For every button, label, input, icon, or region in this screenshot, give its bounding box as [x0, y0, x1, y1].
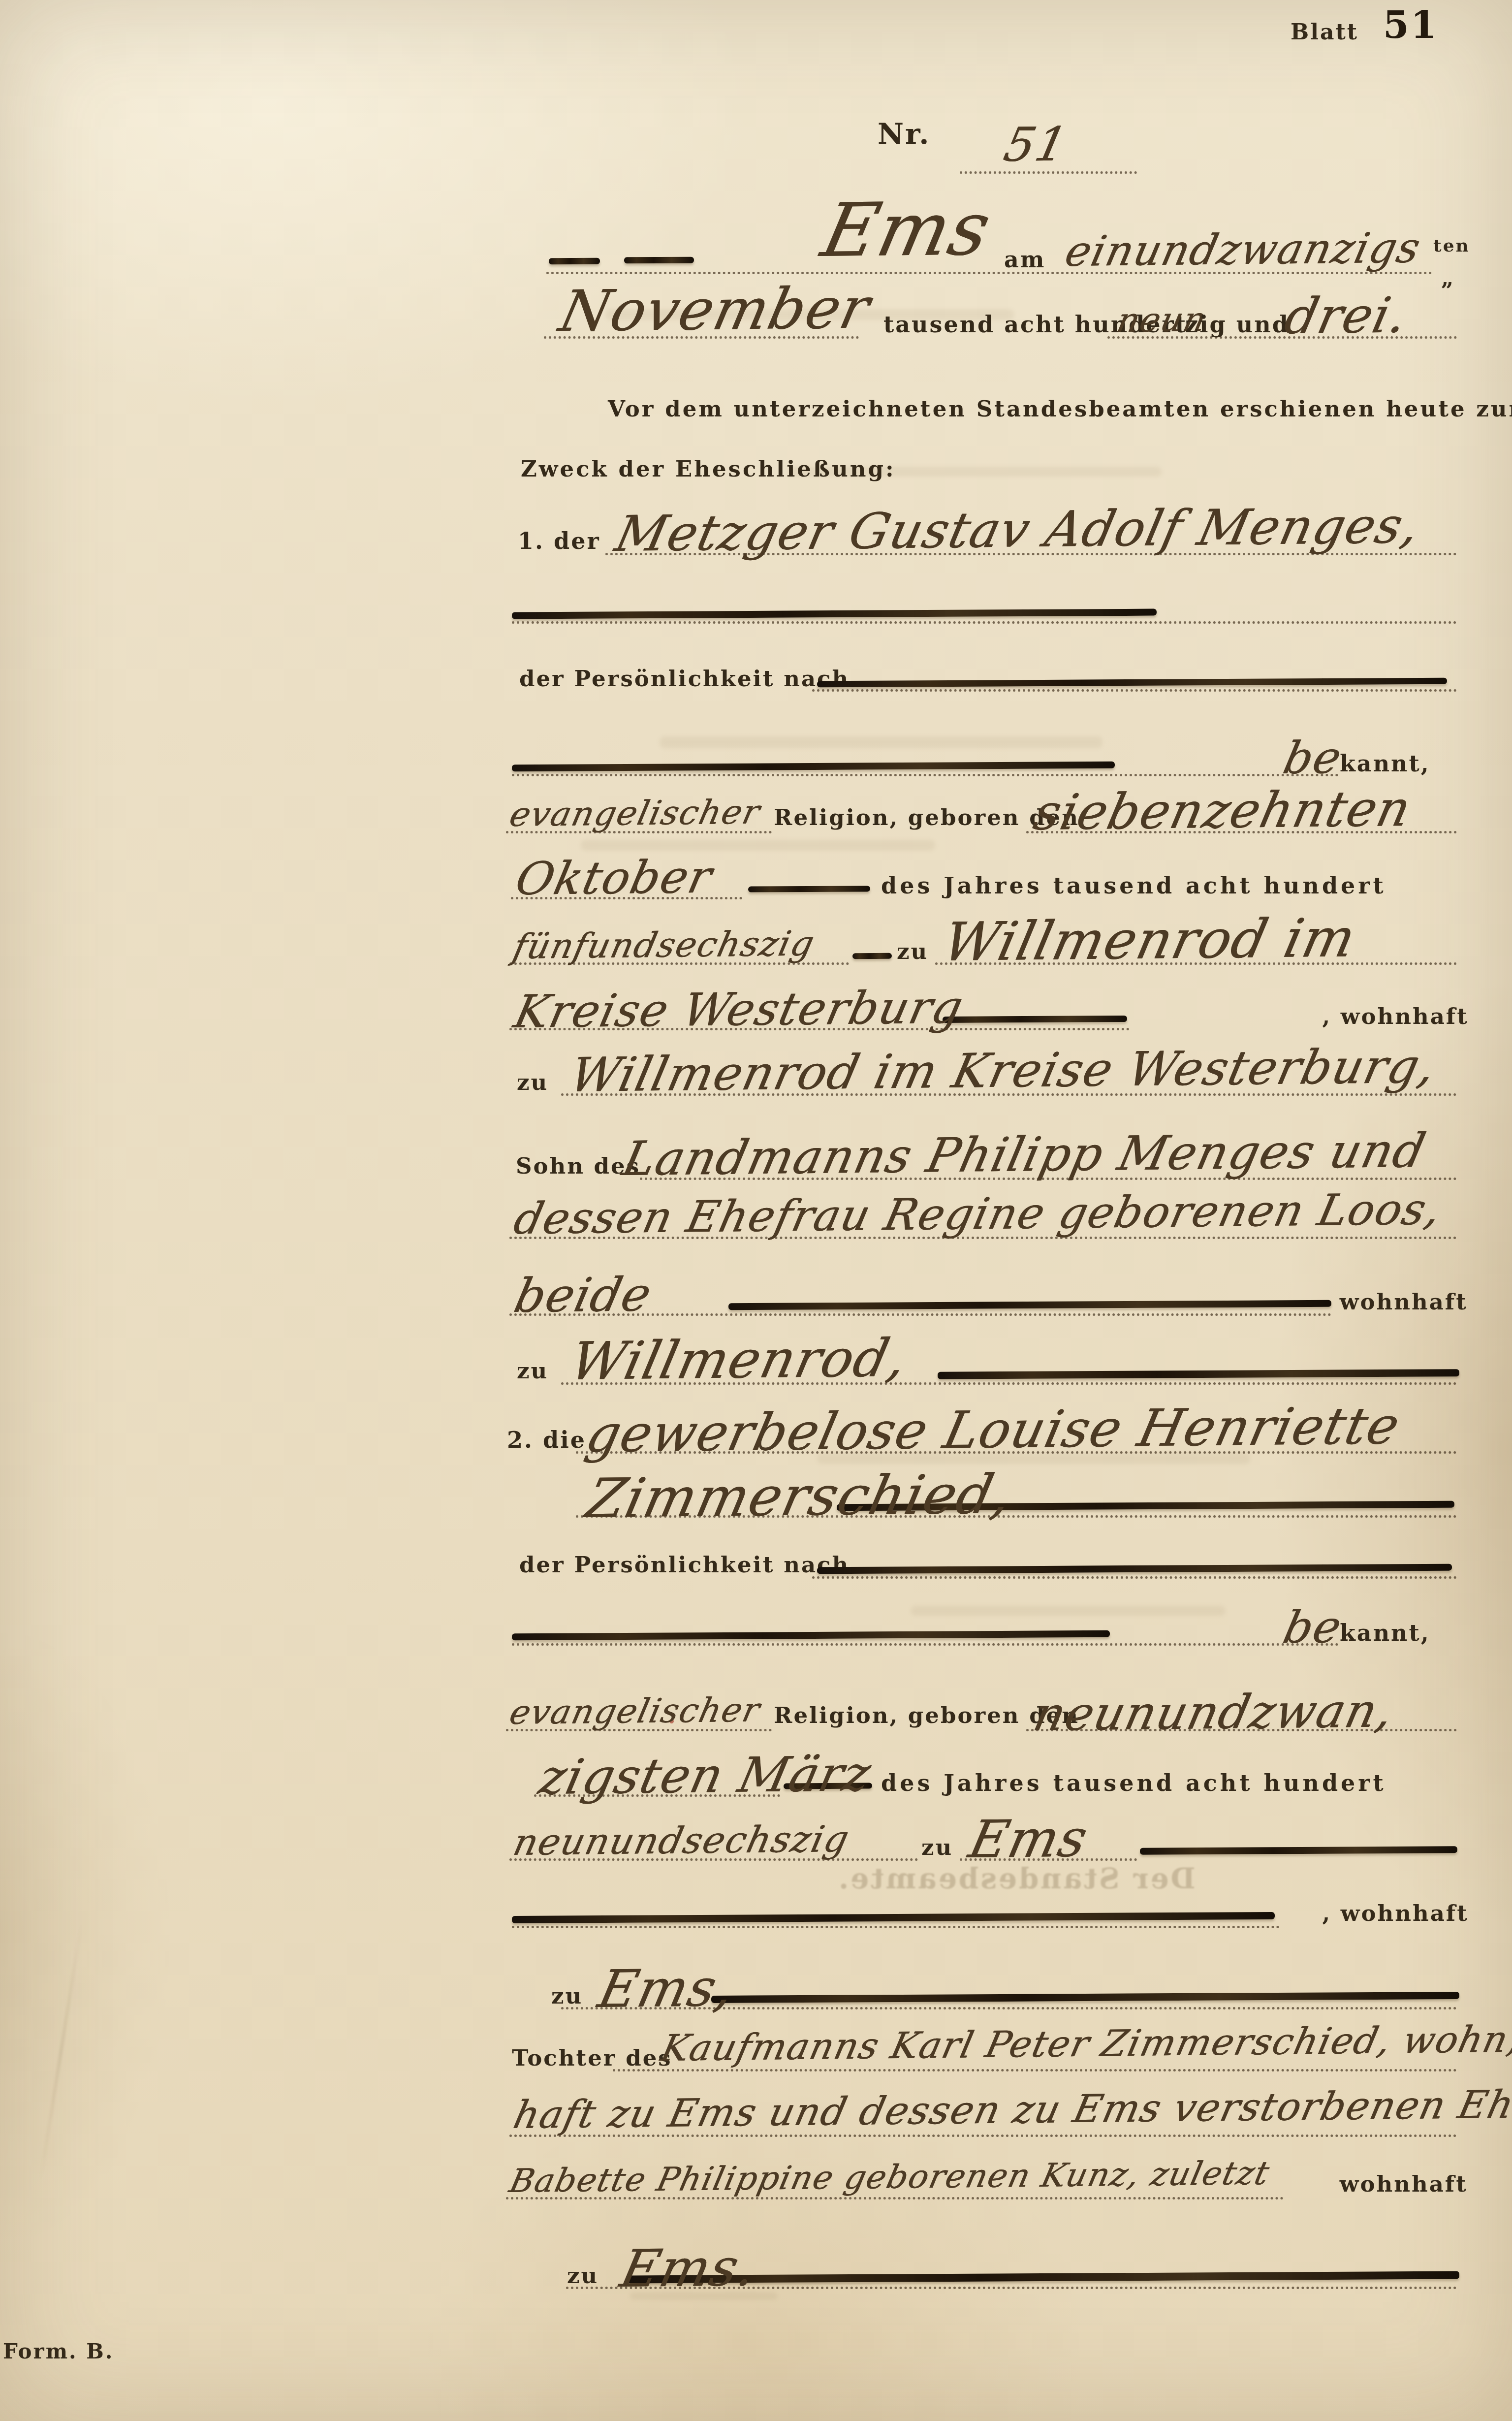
record-number-label: Nr. — [878, 117, 930, 151]
ink-strikethrough — [817, 1564, 1452, 1574]
dotted-rule — [512, 1926, 1280, 1928]
ink-strikethrough — [852, 953, 892, 959]
bride-birth-place-handwritten: Ems — [964, 1809, 1094, 1870]
bleedthrough-smudge — [581, 840, 935, 851]
registration-place-handwritten: Ems — [815, 187, 999, 274]
blatt-label: Blatt — [1291, 20, 1358, 45]
scanned-marriage-register-page: Der Standesbeamte. Blatt 51 Nr. 51 Ems a… — [0, 0, 1512, 2421]
bride-name-handwritten: gewerbelose Louise Henriette — [581, 1396, 1406, 1464]
groom-identity-label: der Persönlichkeit nach — [519, 666, 850, 692]
groom-item-label: 1. der — [518, 528, 600, 554]
ink-strikethrough — [711, 1992, 1459, 2003]
ditto-mark: „ — [1441, 266, 1455, 291]
groom-residence-zu-label: zu — [517, 1069, 548, 1095]
dotted-rule — [812, 1576, 1457, 1579]
form-designation-label: Form. B. — [3, 2339, 114, 2363]
registration-day-handwritten: einundzwanzigs — [1061, 223, 1425, 276]
bleedthrough-smudge — [911, 1606, 1226, 1616]
dotted-rule — [512, 621, 1457, 624]
bride-wohnhaft-label: , wohnhaft — [1322, 1900, 1469, 1926]
ink-strikethrough — [1140, 1846, 1457, 1854]
ink-strikethrough — [748, 886, 870, 892]
dotted-rule — [812, 689, 1457, 692]
ink-strikethrough — [624, 257, 694, 264]
groom-residence-handwritten: Willmenrod im Kreise Westerburg, — [565, 1039, 1442, 1103]
bride-birth-day-cont-handwritten: zigsten März — [534, 1746, 877, 1806]
groom-father-handwritten: Landmanns Philipp Menges und — [618, 1123, 1431, 1186]
bride-daughter-label: Tochter des — [512, 2045, 672, 2071]
dotted-rule — [512, 774, 1339, 776]
dotted-rule — [613, 2069, 1457, 2071]
bride-birth-year-handwritten: neunundsechszig — [509, 1818, 853, 1864]
groom-birth-year-handwritten: fünfundsechszig — [509, 924, 819, 967]
dotted-rule — [960, 171, 1137, 174]
record-number-value: 51 — [999, 118, 1072, 172]
groom-birth-place-cont-handwritten: Kreise Westerburg — [509, 981, 968, 1038]
bride-item-label: 2. die — [507, 1427, 586, 1453]
groom-year-label: des Jahres tausend acht hundert — [881, 872, 1386, 899]
bride-name-cont-handwritten: Zimmerschied, — [581, 1463, 1018, 1530]
bride-identity-handwritten: be — [1279, 1601, 1347, 1654]
groom-zu-label: zu — [897, 938, 928, 964]
groom-mother-handwritten: dessen Ehefrau Regine geborenen Loos, — [509, 1183, 1447, 1244]
groom-religion-handwritten: evangelischer — [506, 793, 764, 834]
intro-line-1: Vor dem unterzeichneten Standesbeamten e… — [608, 396, 1512, 422]
dotted-rule — [512, 1643, 1339, 1646]
groom-parents-both-handwritten: beide — [509, 1268, 657, 1323]
groom-birth-place-handwritten: Willmenrod im — [938, 907, 1361, 973]
ink-strikethrough — [549, 258, 600, 265]
ink-strikethrough — [728, 1300, 1331, 1310]
ink-strikethrough — [817, 678, 1447, 688]
bride-final-residence-handwritten: Ems. — [615, 2237, 762, 2299]
bride-mother-handwritten: Babette Philippine geborenen Kunz, zulet… — [506, 2154, 1273, 2200]
bride-wohnhaft2-label: wohnhaft — [1340, 2171, 1468, 2197]
bride-birth-day-handwritten: neunundzwan, — [1029, 1684, 1399, 1742]
bride-final-zu-label: zu — [567, 2262, 598, 2289]
bride-zu-label: zu — [921, 1834, 953, 1860]
ink-strikethrough — [512, 1630, 1110, 1640]
bleedthrough-smudge — [660, 736, 1102, 748]
groom-wohnhaft-label: , wohnhaft — [1322, 1003, 1469, 1029]
bride-father-handwritten: Kaufmanns Karl Peter Zimmerschied, wohn„ — [657, 2018, 1512, 2070]
year-unit-handwritten: drei. — [1280, 286, 1413, 345]
groom-parents-zu-label: zu — [517, 1358, 548, 1384]
groom-birth-month-handwritten: Oktober — [511, 851, 717, 905]
bride-known-label: kannt, — [1340, 1620, 1430, 1646]
dotted-rule — [605, 553, 1457, 555]
groom-known-label: kannt, — [1340, 750, 1430, 777]
bride-identity-label: der Persönlichkeit nach — [519, 1552, 850, 1578]
groom-parents-residence-handwritten: Willmenrod, — [565, 1328, 913, 1392]
paper-crease — [38, 1921, 83, 2184]
ink-strikethrough — [938, 1369, 1459, 1379]
ink-strikethrough — [943, 1016, 1127, 1023]
bride-residence-handwritten: Ems, — [593, 1958, 740, 2019]
blatt-number: 51 — [1383, 3, 1438, 47]
intro-line-2: Zweck der Eheschließung: — [521, 456, 896, 482]
ink-strikethrough — [512, 762, 1115, 771]
ink-strikethrough — [512, 1912, 1275, 1923]
ink-strikethrough — [512, 609, 1157, 619]
groom-identity-handwritten: be — [1279, 732, 1347, 784]
registration-month-handwritten: November — [554, 275, 877, 345]
day-suffix-label: ten — [1433, 235, 1470, 256]
bride-father-cont-handwritten: haft zu Ems und dessen zu Ems verstorben… — [509, 2080, 1512, 2137]
decade-suffix-label: zig und — [1185, 311, 1290, 338]
bride-year-label: des Jahres tausend acht hundert — [881, 1770, 1386, 1796]
bride-residence-zu-label: zu — [551, 1983, 583, 2009]
am-label: am — [1004, 246, 1045, 273]
bride-religion-handwritten: evangelischer — [506, 1691, 764, 1732]
groom-birth-day-handwritten: siebenzehnten — [1029, 780, 1417, 841]
groom-wohnhaft2-label: wohnhaft — [1340, 1289, 1468, 1315]
